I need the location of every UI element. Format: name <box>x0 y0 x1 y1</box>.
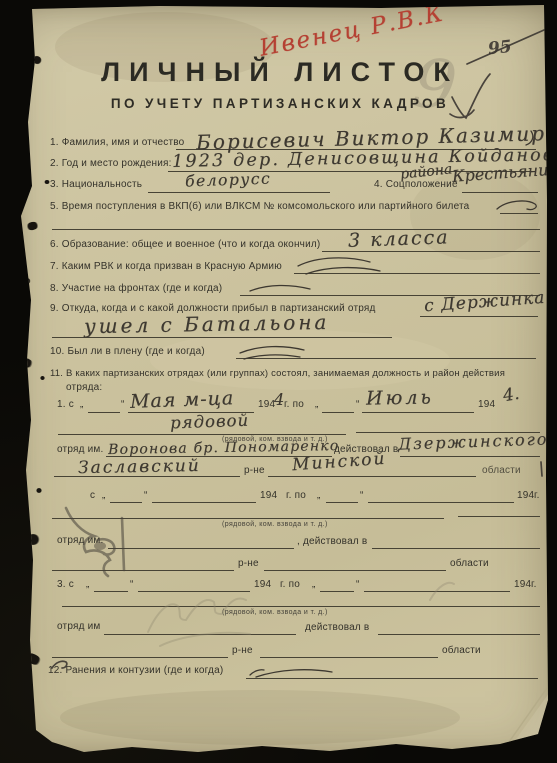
entry2-otryad-label: отряд им. <box>57 535 103 548</box>
form-title: ЛИЧНЫЙ ЛИСТОК <box>60 57 500 88</box>
form-line <box>368 502 514 503</box>
form-line <box>268 476 476 477</box>
printed-194: 194 <box>514 579 531 592</box>
open-quote: „ <box>80 399 84 412</box>
form-line <box>364 591 510 592</box>
field-10-label: 10. Был ли в плену (где и когда) <box>50 346 205 359</box>
form-line <box>400 456 540 457</box>
close-quote: “ <box>360 490 364 503</box>
open-quote: „ <box>315 399 319 412</box>
entry1-from-year: 4 <box>274 390 284 409</box>
printed-g: г. <box>531 579 537 592</box>
form-line <box>52 570 234 571</box>
form-line <box>322 412 354 413</box>
punch-hole <box>25 221 39 231</box>
punch-hole <box>26 534 40 545</box>
ink-speck <box>40 376 45 380</box>
field-6-value: 3 класса <box>348 226 450 252</box>
printed-rne: р-не <box>244 465 265 478</box>
form-line <box>52 657 228 658</box>
close-quote: “ <box>121 399 125 412</box>
punch-hole <box>31 55 43 66</box>
printed-oblast: области <box>482 465 521 478</box>
punch-hole <box>15 356 35 369</box>
entry1-district: Заславский <box>78 456 201 478</box>
close-quote: “ <box>130 579 134 592</box>
scanned-document: Ивенец Р.В.К 9 95 ЛИЧНЫЙ ЛИСТОК ПО УЧЕТУ… <box>0 0 557 763</box>
field-11-label2: отряда: <box>66 382 102 395</box>
open-quote: „ <box>312 579 316 592</box>
rank-caption: (рядовой, ком. взвода и т. д.) <box>222 521 328 528</box>
printed-rne: р-не <box>238 558 259 571</box>
field-7-label: 7. Каким РВК и когда призван в Красную А… <box>50 261 282 274</box>
ink-dash-mark <box>250 285 310 291</box>
form-line <box>152 502 256 503</box>
printed-g: г. <box>534 490 540 503</box>
form-line <box>88 412 120 413</box>
form-line <box>372 548 540 549</box>
field-2-label: 2. Год и место рождения: <box>50 158 172 171</box>
printed-oblast: области <box>442 645 481 658</box>
field-5-label: 5. Время поступления в ВКП(б) или ВЛКСМ … <box>50 201 469 214</box>
page-number: 95 <box>487 37 513 59</box>
entry2-acted-label: , действовал в <box>297 536 367 549</box>
entry3-otryad-label: отряд им <box>57 621 100 634</box>
paper-stain <box>150 330 450 390</box>
field-12-label: 12. Ранения и контузии (где и когда) <box>48 665 223 678</box>
printed-194: 194 <box>254 579 271 592</box>
field-3-label: 3. Национальность <box>50 179 142 192</box>
document-paper: Ивенец Р.В.К 9 95 ЛИЧНЫЙ ЛИСТОК ПО УЧЕТУ… <box>0 0 557 763</box>
printed-194: 194 <box>517 490 534 503</box>
open-quote: „ <box>317 490 321 503</box>
form-line <box>458 516 540 517</box>
entry1-to-month: Июль <box>366 386 434 409</box>
folded-corner <box>498 682 557 756</box>
printed-g-po: г. по <box>284 399 304 412</box>
ink-dash-mark <box>497 201 536 210</box>
form-line <box>246 678 538 679</box>
form-line <box>264 570 446 571</box>
field-11-label: 11. В каких партизанских отрядах (или гр… <box>50 368 505 380</box>
ink-dash-mark <box>240 347 304 353</box>
form-line <box>62 606 540 607</box>
field-3-value: белорусс <box>185 170 272 191</box>
rank-caption: (рядовой, ком. взвода и т. д.) <box>222 609 328 616</box>
form-subtitle: ПО УЧЕТУ ПАРТИЗАНСКИХ КАДРОВ <box>60 96 500 111</box>
punch-hole <box>22 594 30 600</box>
punch-hole <box>20 640 27 645</box>
paper-stain <box>60 690 460 745</box>
printed-rne: р-не <box>232 645 253 658</box>
field-9-value: с Держинка <box>423 288 546 316</box>
close-quote: “ <box>356 399 360 412</box>
open-quote: „ <box>102 490 106 503</box>
entry3-prefix: 3. с <box>57 579 74 592</box>
entry1-acted-value: Дзержинского <box>398 429 549 453</box>
field-4-label: 4. Соцположение <box>374 179 458 192</box>
form-line <box>420 316 538 317</box>
field-8-label: 8. Участие на фронтах (где и когда) <box>50 283 222 296</box>
printed-194: 194 <box>478 399 495 412</box>
form-line <box>94 591 128 592</box>
close-quote: “ <box>356 579 360 592</box>
field-6-label: 6. Образование: общее и военное (что и к… <box>50 239 320 252</box>
close-quote: “ <box>144 490 148 503</box>
form-line <box>320 591 354 592</box>
form-line <box>108 548 294 549</box>
ink-dash-mark <box>256 670 332 677</box>
ink-speck <box>36 488 42 493</box>
form-line <box>378 634 540 635</box>
form-line <box>52 518 444 519</box>
form-line <box>104 634 296 635</box>
entry2-prefix: с <box>90 490 95 503</box>
form-line <box>236 358 536 359</box>
entry1-from-month: Мая м-ца <box>130 387 235 413</box>
pencil-scribble <box>122 518 124 570</box>
form-line <box>362 412 474 413</box>
printed-194: 194 <box>258 399 275 412</box>
printed-oblast: области <box>450 558 489 571</box>
form-line <box>500 213 538 214</box>
form-line <box>326 502 358 503</box>
open-quote: „ <box>86 579 90 592</box>
form-line <box>260 657 438 658</box>
pencil-checkmark <box>450 110 474 117</box>
entry3-acted-label: действовал в <box>305 622 369 635</box>
form-line <box>462 192 538 193</box>
entry1-to-year: 4. <box>502 384 521 406</box>
form-line <box>138 591 250 592</box>
ink-dash-mark <box>250 670 264 675</box>
ink-speck <box>44 180 50 184</box>
entry1-rank: рядовой <box>170 411 250 433</box>
form-line <box>148 192 330 193</box>
form-line <box>294 273 540 274</box>
printed-g-po: г. по <box>280 579 300 592</box>
printed-g-po: г. по <box>286 490 306 503</box>
form-line <box>110 502 142 503</box>
form-line <box>58 434 346 435</box>
form-line <box>52 229 540 230</box>
entry1-otryad-label: отряд им. <box>57 444 103 457</box>
punch-hole <box>22 278 31 284</box>
printed-194: 194 <box>260 490 277 503</box>
entry1-prefix: 1. с <box>57 399 74 412</box>
field-1-label: 1. Фамилия, имя и отчество <box>50 137 184 150</box>
field-9-value-line2: ушел с Батальона <box>84 310 330 338</box>
ink-dash-mark <box>298 258 370 266</box>
punch-hole <box>23 651 44 668</box>
pencil-tick <box>541 462 542 476</box>
